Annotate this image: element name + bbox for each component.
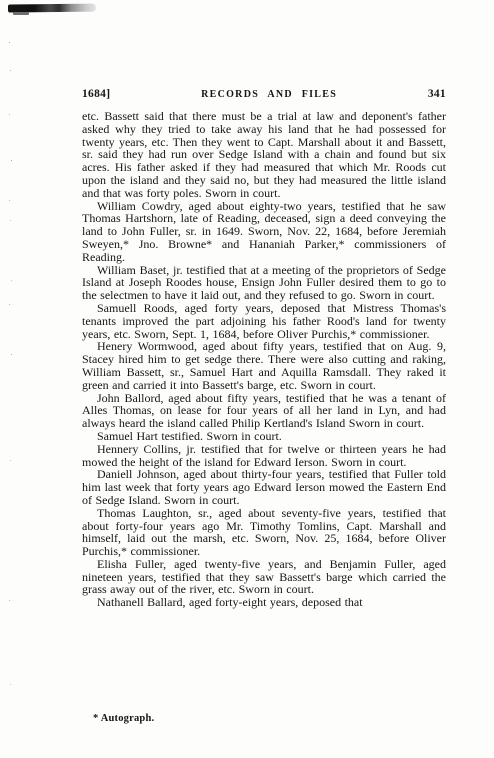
paragraph: Nathanell Ballard, aged forty-eight year… <box>82 596 446 609</box>
scanned-book-page: 1684] RECORDS AND FILES 341 etc. Bassett… <box>0 0 494 758</box>
paragraph: Samuell Roods, aged forty years, deposed… <box>82 302 446 340</box>
footnote: * Autograph. <box>93 713 154 724</box>
paragraph: Thomas Laughton, sr., aged about seventy… <box>82 507 446 558</box>
header-title: RECORDS AND FILES <box>201 89 337 100</box>
paragraph: Hennery Collins, jr. testified that for … <box>82 443 446 469</box>
paragraph: Elisha Fuller, aged twenty-five years, a… <box>82 558 446 596</box>
scan-smudge-artifact-tail <box>13 12 29 15</box>
paragraph: Henery Wormwood, aged about fifty years,… <box>82 340 446 391</box>
document-body: etc. Bassett said that there must be a t… <box>82 110 446 609</box>
paragraph: William Baset, jr. testified that at a m… <box>82 264 446 302</box>
paragraph: etc. Bassett said that there must be a t… <box>82 110 446 200</box>
running-head: 1684] RECORDS AND FILES 341 <box>82 88 446 100</box>
paragraph: Daniell Johnson, aged about thirty-four … <box>82 468 446 506</box>
header-page-number: 341 <box>428 88 446 100</box>
header-year-marker: 1684] <box>82 88 110 100</box>
scan-edge-speckles <box>9 42 10 43</box>
paragraph: John Ballord, aged about fifty years, te… <box>82 392 446 430</box>
paragraph: William Cowdry, aged about eighty-two ye… <box>82 200 446 264</box>
paragraph: Samuel Hart testified. Sworn in court. <box>82 430 446 443</box>
